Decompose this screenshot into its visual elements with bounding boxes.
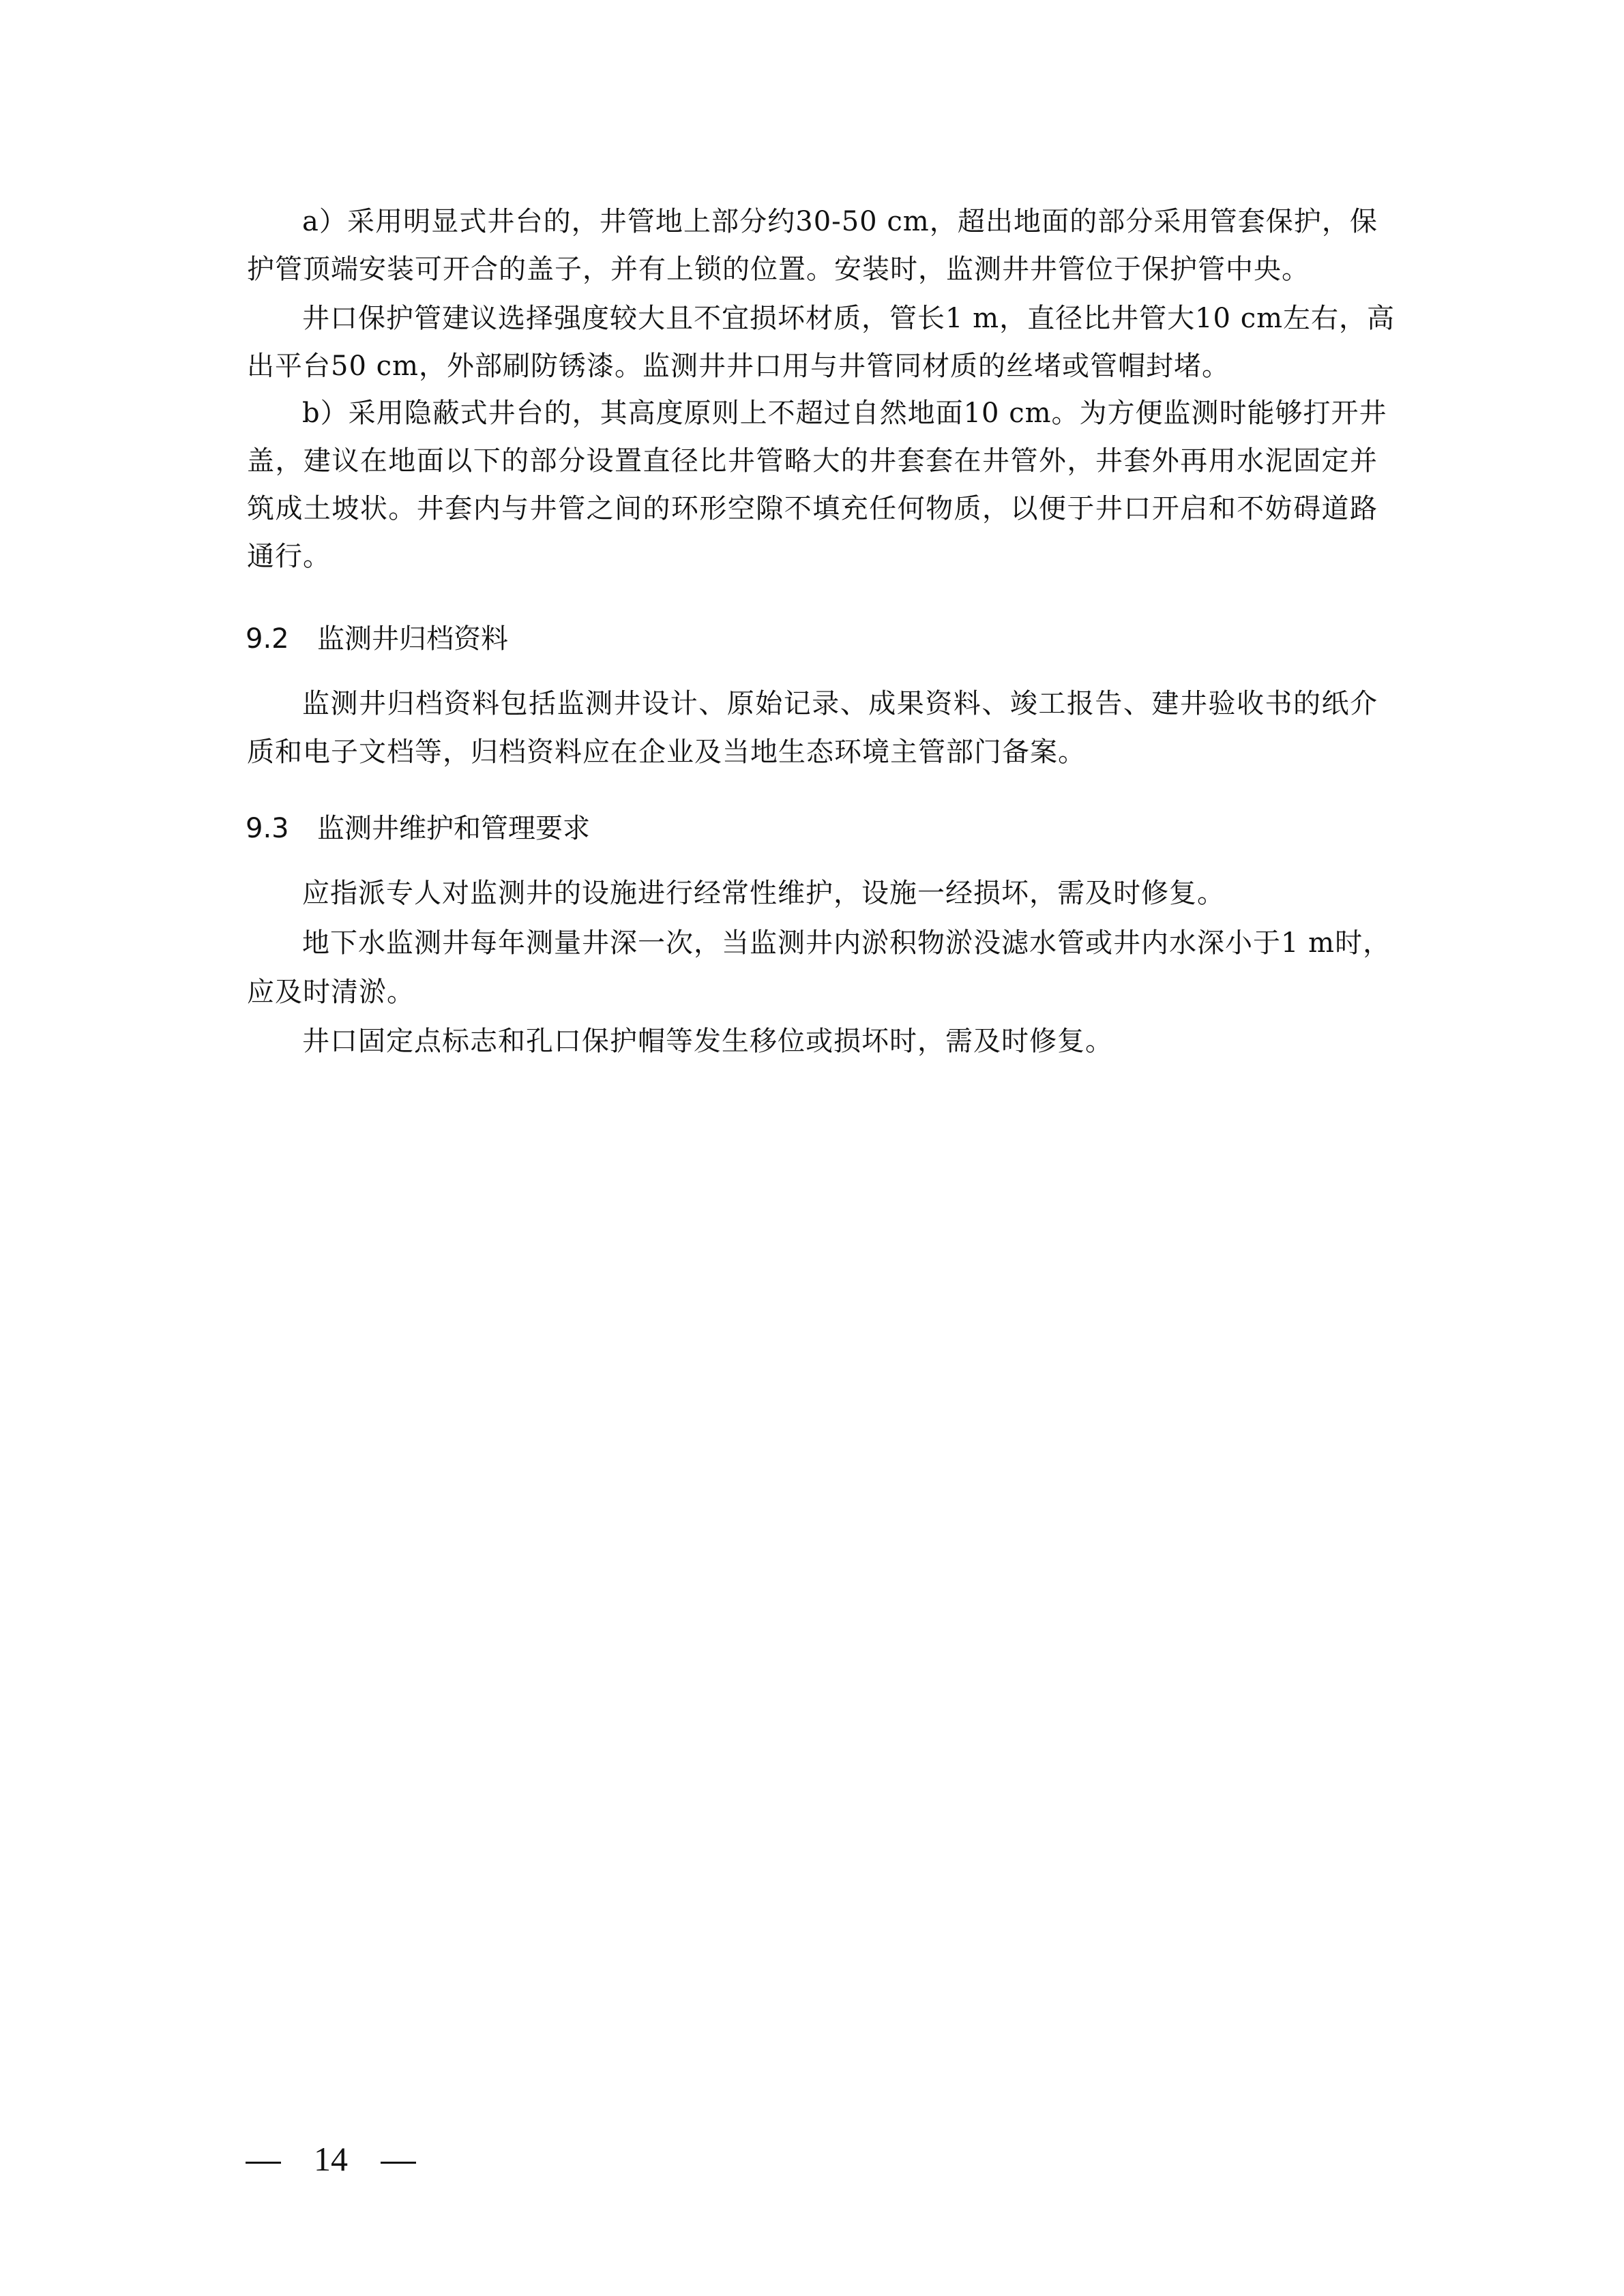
paragraph-a-line-2: 护管顶端安装可开合的盖子，并有上锁的位置。安装时，监测井井管位于保护管中央。 <box>247 250 1378 288</box>
dash-left-decoration <box>246 2162 281 2164</box>
paragraph-b-line-1: b）采用隐蔽式井台的，其高度原则上不超过自然地面10 cm。为方便监测时能够打开… <box>302 394 1378 432</box>
paragraph-b-line-2: 盖，建议在地面以下的部分设置直径比井管略大的井套套在井管外，井套外再用水泥固定并 <box>247 442 1378 480</box>
paragraph-b-line-4: 通行。 <box>247 537 1378 576</box>
section-number: 9.3 <box>246 809 317 848</box>
paragraph-9-3-2-line-2: 应及时清淤。 <box>247 973 1378 1011</box>
section-number: 9.2 <box>246 620 317 658</box>
paragraph-b-line-3: 筑成土坡状。井套内与井管之间的环形空隙不填充任何物质，以便于井口开启和不妨碍道路 <box>247 490 1378 528</box>
paragraph-9-3-3: 井口固定点标志和孔口保护帽等发生移位或损坏时，需及时修复。 <box>302 1022 1378 1060</box>
page-footer: 14 <box>246 2140 416 2178</box>
paragraph-9-3-2-line-1: 地下水监测井每年测量井深一次，当监测井内淤积物淤没滤水管或井内水深小于1 m时， <box>302 924 1378 962</box>
section-title: 监测井维护和管理要求 <box>317 813 590 844</box>
paragraph-9-2-line-2: 质和电子文档等，归档资料应在企业及当地生态环境主管部门备案。 <box>247 733 1378 771</box>
paragraph-a-line-1: a）采用明显式井台的，井管地上部分约30-50 cm，超出地面的部分采用管套保护… <box>302 203 1378 241</box>
section-heading-9-3: 9.3监测井维护和管理要求 <box>246 809 590 848</box>
paragraph-protect-line-2: 出平台50 cm，外部刷防锈漆。监测井井口用与井管同材质的丝堵或管帽封堵。 <box>247 347 1378 385</box>
section-heading-9-2: 9.2监测井归档资料 <box>246 620 508 658</box>
section-title: 监测井归档资料 <box>317 623 508 655</box>
dash-right-decoration <box>381 2162 416 2164</box>
paragraph-9-3-1: 应指派专人对监测井的设施进行经常性维护，设施一经损坏，需及时修复。 <box>302 874 1378 912</box>
paragraph-protect-line-1: 井口保护管建议选择强度较大且不宜损坏材质，管长1 m，直径比井管大10 cm左右… <box>302 299 1378 338</box>
page-number: 14 <box>314 2140 348 2178</box>
paragraph-9-2-line-1: 监测井归档资料包括监测井设计、原始记录、成果资料、竣工报告、建井验收书的纸介 <box>302 685 1378 723</box>
